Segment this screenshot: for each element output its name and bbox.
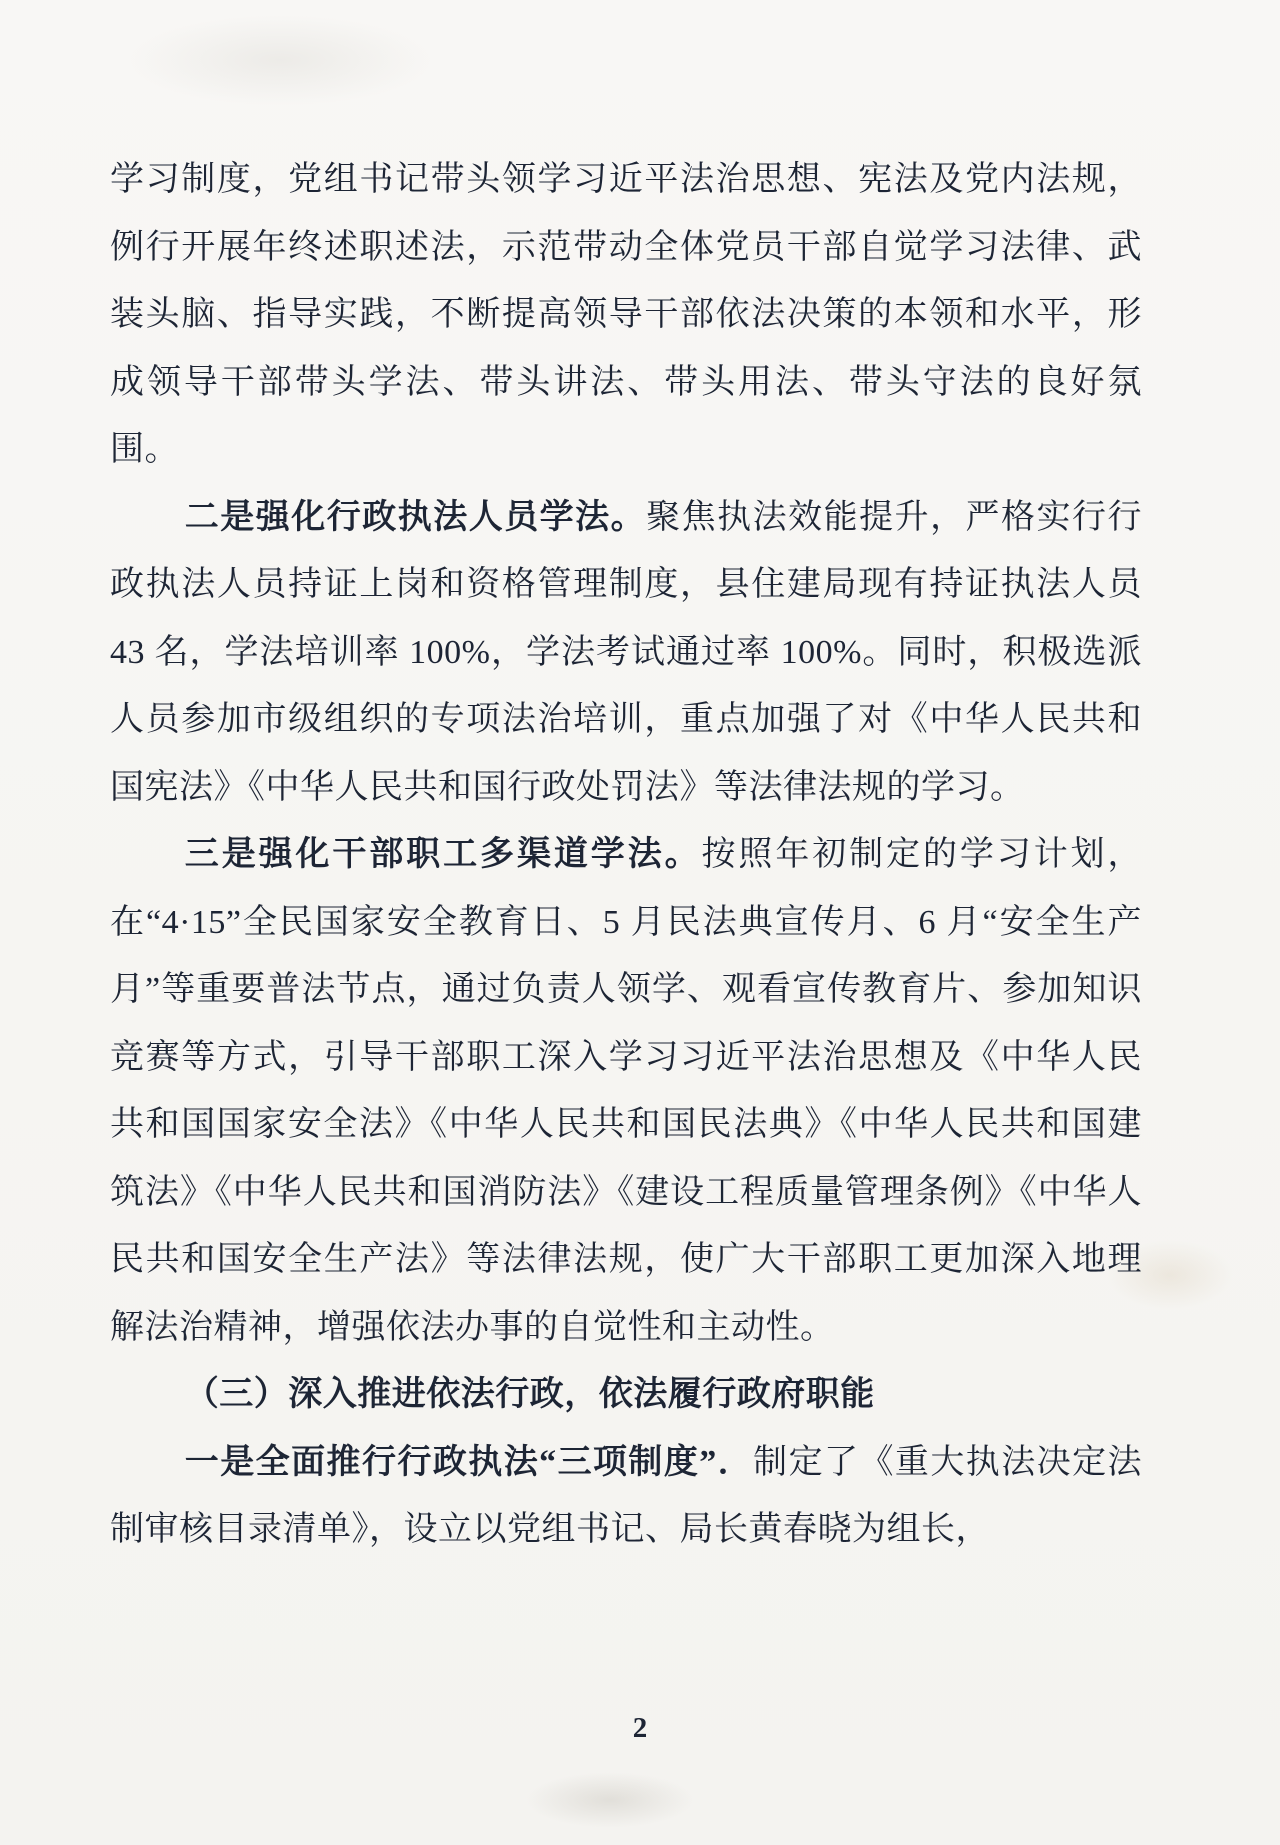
para-enforcement-personnel-study: 二是强化行政执法人员学法。聚焦执法效能提升，严格实行行政执法人员持证上岗和资格管…	[110, 484, 1142, 822]
paragraph-lead-bold: （三）深入推进依法行政，依法履行政府职能	[185, 1376, 875, 1413]
paragraph-text: 学习制度，党组书记带头领学习近平法治思想、宪法及党内法规，例行开展年终述职述法，…	[110, 161, 1142, 468]
para-three-systems: 一是全面推行行政执法“三项制度”．制定了《重大执法决定法制审核目录清单》，设立以…	[110, 1429, 1142, 1564]
paragraph-lead-bold: 一是全面推行行政执法“三项制度”．	[185, 1444, 753, 1481]
page-number: 2	[0, 1712, 1280, 1745]
paragraph-lead-bold: 三是强化干部职工多渠道学法。	[185, 836, 702, 873]
paragraph-text: 聚焦执法效能提升，严格实行行政执法人员持证上岗和资格管理制度，县住建局现有持证执…	[110, 499, 1142, 806]
para-leader-study-system-continuation: 学习制度，党组书记带头领学习近平法治思想、宪法及党内法规，例行开展年终述职述法，…	[110, 146, 1142, 484]
para-section-three-heading: （三）深入推进依法行政，依法履行政府职能	[110, 1361, 1142, 1429]
scanned-document-page: 学习制度，党组书记带头领学习近平法治思想、宪法及党内法规，例行开展年终述职述法，…	[0, 0, 1280, 1845]
paragraph-text: 按照年初制定的学习计划，在“4·15”全民国家安全教育日、5 月民法典宣传月、6…	[110, 836, 1142, 1346]
para-multichannel-staff-study: 三是强化干部职工多渠道学法。按照年初制定的学习计划，在“4·15”全民国家安全教…	[110, 821, 1142, 1361]
paragraph-lead-bold: 二是强化行政执法人员学法。	[185, 499, 646, 536]
document-body: 学习制度，党组书记带头领学习近平法治思想、宪法及党内法规，例行开展年终述职述法，…	[110, 146, 1142, 1564]
